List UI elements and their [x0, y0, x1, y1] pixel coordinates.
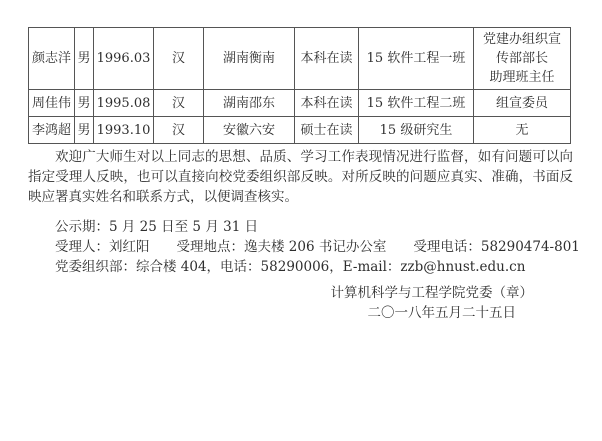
cell-hometown: 湖南邵东: [204, 90, 295, 117]
cell-birth: 1996.03: [94, 28, 154, 90]
cell-gender: 男: [75, 28, 94, 90]
cell-ethnicity: 汉: [154, 117, 204, 144]
cell-enrollment: 硕士在读: [295, 117, 359, 144]
table-row: 颜志洋 男 1996.03 汉 湖南衡南 本科在读 15 软件工程一班 党建办组…: [29, 28, 571, 90]
cell-name: 周佳伟: [29, 90, 75, 117]
cell-name: 颜志洋: [29, 28, 75, 90]
supervision-paragraph: 欢迎广大师生对以上同志的思想、品质、学习工作表现情况进行监督，如有问题可以向指定…: [28, 147, 573, 207]
candidate-roster-table: 颜志洋 男 1996.03 汉 湖南衡南 本科在读 15 软件工程一班 党建办组…: [28, 27, 571, 144]
cell-birth: 1995.08: [94, 90, 154, 117]
cell-ethnicity: 汉: [154, 90, 204, 117]
date-line: 二〇一八年五月二十五日: [28, 303, 573, 323]
cell-birth: 1993.10: [94, 117, 154, 144]
cell-position: 无: [474, 117, 571, 144]
cell-class: 15 级研究生: [359, 117, 474, 144]
cell-ethnicity: 汉: [154, 28, 204, 90]
table-row: 李鸿超 男 1993.10 汉 安徽六安 硕士在读 15 级研究生 无: [29, 117, 571, 144]
cell-position: 组宣委员: [474, 90, 571, 117]
notice-body: 欢迎广大师生对以上同志的思想、品质、学习工作表现情况进行监督，如有问题可以向指定…: [28, 147, 573, 323]
signature-line: 计算机科学与工程学院党委（章）: [28, 283, 573, 303]
cell-name: 李鸿超: [29, 117, 75, 144]
cell-gender: 男: [75, 90, 94, 117]
cell-gender: 男: [75, 117, 94, 144]
table-row: 周佳伟 男 1995.08 汉 湖南邵东 本科在读 15 软件工程二班 组宣委员: [29, 90, 571, 117]
cell-enrollment: 本科在读: [295, 28, 359, 90]
cell-position: 党建办组织宣传部部长 助理班主任: [474, 28, 571, 90]
org-department-line: 党委组织部：综合楼 404，电话：58290006，E-mail：zzb@hnu…: [28, 257, 573, 277]
cell-hometown: 安徽六安: [204, 117, 295, 144]
cell-hometown: 湖南衡南: [204, 28, 295, 90]
cell-enrollment: 本科在读: [295, 90, 359, 117]
cell-class: 15 软件工程一班: [359, 28, 474, 90]
publicity-period-line: 公示期：5 月 25 日至 5 月 31 日: [28, 217, 573, 237]
acceptor-contact-line: 受理人：刘红阳 受理地点：逸夫楼 206 书记办公室 受理电话：58290474…: [28, 237, 573, 257]
notice-document-page: 颜志洋 男 1996.03 汉 湖南衡南 本科在读 15 软件工程一班 党建办组…: [0, 0, 602, 441]
cell-class: 15 软件工程二班: [359, 90, 474, 117]
